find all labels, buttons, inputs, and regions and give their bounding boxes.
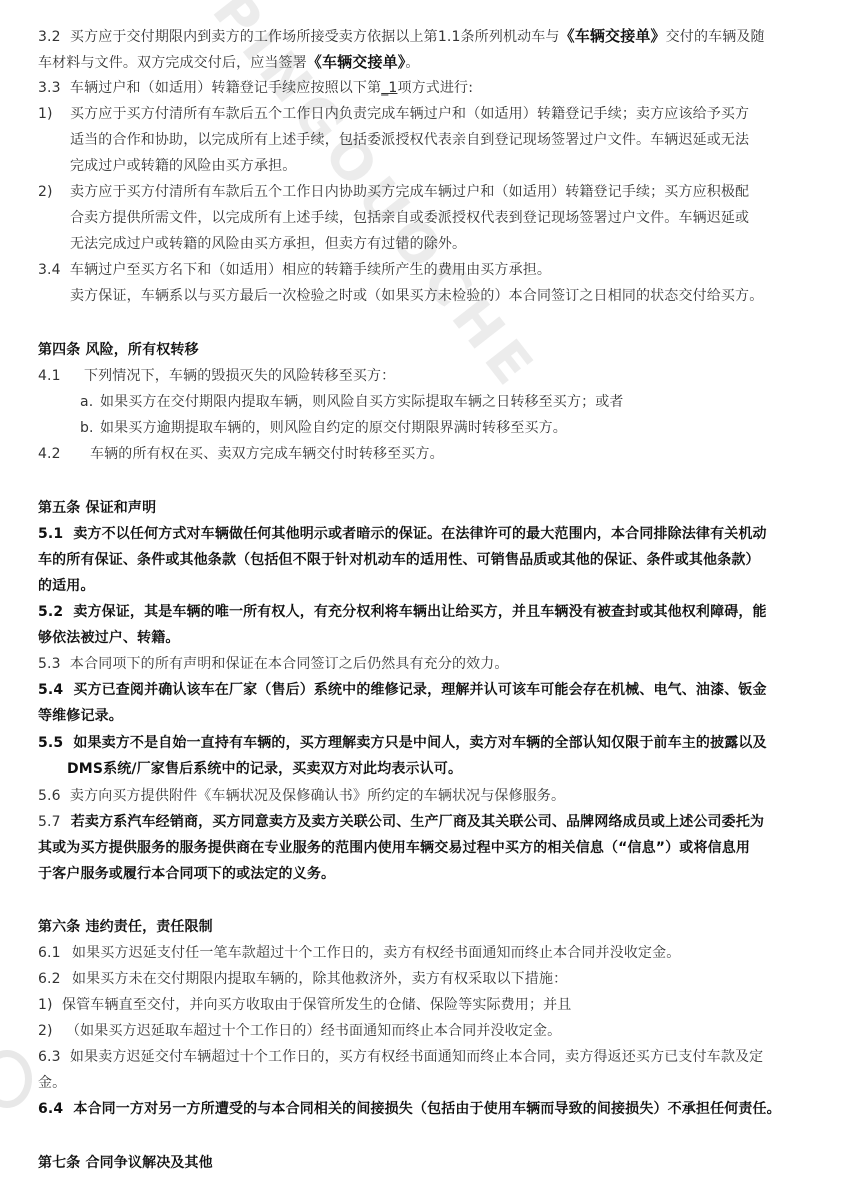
doc-reference: 《车辆交接单》 xyxy=(560,27,666,45)
clause-6-4: 6.4 本合同一方对另一方所遭受的与本合同相关的间接损失（包括由于使用车辆而导致… xyxy=(38,1099,781,1119)
item-letter: a. xyxy=(80,392,100,412)
clause-number: 6.3 xyxy=(38,1049,61,1065)
clause-6-3-line-1: 6.3 如果卖方迟延交付车辆超过十个工作日的，买方有权经书面通知而终止本合同，卖… xyxy=(38,1047,763,1067)
clause-5-7-line-3: 于客户服务或履行本合同项下的或法定的义务。 xyxy=(38,864,335,884)
clause-6-2: 6.2如果买方未在交付期限内提取车辆的，除其他救济外，卖方有权采取以下措施： xyxy=(38,969,567,989)
clause-number: 3.4 xyxy=(38,262,61,278)
clause-5-7-line-1: 5.7 若卖方系汽车经销商，买方同意卖方及卖方关联公司、生产厂商及其关联公司、品… xyxy=(38,812,764,832)
clause-4-1: 4.1下列情况下，车辆的毁损灭失的风险转移至买方： xyxy=(38,366,395,386)
clause-number: 5.1 xyxy=(38,526,63,542)
clause-number: 3.3 xyxy=(38,80,61,96)
clause-6-1: 6.1如果买方迟延支付任一笔车款超过十个工作日的，卖方有权经书面通知而终止本合同… xyxy=(38,943,680,963)
clause-number: 6.2 xyxy=(38,969,72,989)
item-number: 1) xyxy=(38,995,62,1015)
clause-5-1-line-1: 5.1 卖方不以任何方式对车辆做任何其他明示或者暗示的保证。在法律许可的最大范围… xyxy=(38,524,767,544)
clause-6-2-measure-1: 1)保管车辆直至交付，并向买方收取由于保管所发生的仓储、保险等实际费用；并且 xyxy=(38,995,571,1015)
clause-5-2-line-1: 5.2 卖方保证，其是车辆的唯一所有权人，有充分权利将车辆出让给买方，并且车辆没… xyxy=(38,602,767,622)
section-4-title: 第四条 风险，所有权转移 xyxy=(38,340,199,360)
item-number: 2) xyxy=(38,1021,66,1041)
clause-5-4-line-1: 5.4 买方已查阅并确认该车在厂家（售后）系统中的维修记录，理解并认可该车可能会… xyxy=(38,680,767,700)
clause-3-2-line-1: 3.2 买方应于交付期限内到卖方的工作场所接受卖方依据以上第1.1条所列机动车与… xyxy=(38,26,765,47)
clause-3-3-option-1-line-1: 1)买方应于买方付清所有车款后五个工作日内负责完成车辆过户和（如适用）转籍登记手… xyxy=(38,104,749,124)
clause-4-1-a: a.如果买方在交付期限内提取车辆，则风险自买方实际提取车辆之日转移至买方；或者 xyxy=(80,392,624,412)
clause-number: 5.7 xyxy=(38,814,61,830)
clause-5-5-line-1: 5.5 如果卖方不是自始一直持有车辆的，买方理解卖方只是中间人，卖方对车辆的全部… xyxy=(38,733,767,753)
clause-5-7-line-2: 其或为买方提供服务的服务提供商在专业服务的范围内使用车辆交易过程中买方的相关信息… xyxy=(38,838,750,858)
clause-3-3-option-1-line-2: 适当的合作和协助，以完成所有上述手续，包括委派授权代表亲自到登记现场签署过户文件… xyxy=(70,130,749,150)
clause-number: 5.5 xyxy=(38,735,63,751)
clause-3-3-option-2-line-3: 无法完成过户或转籍的风险由买方承担，但卖方有过错的除外。 xyxy=(70,234,466,254)
section-6-title: 第六条 违约责任，责任限制 xyxy=(38,917,213,937)
clause-number: 4.2 xyxy=(38,444,90,464)
item-letter: b. xyxy=(80,418,100,438)
clause-number: 3.2 xyxy=(38,29,61,45)
clause-number: 4.1 xyxy=(38,366,84,386)
clause-3-3-option-2-line-2: 合卖方提供所需文件，以完成所有上述手续，包括亲自或委派授权代表到登记现场签署过户… xyxy=(70,208,749,228)
clause-3-3-option-2-line-1: 2)卖方应于买方付清所有车款后五个工作日内协助买方完成车辆过户和（如适用）转籍登… xyxy=(38,182,749,202)
doc-reference: 《车辆交接单》 xyxy=(307,53,406,71)
item-number: 1) xyxy=(38,104,70,124)
clause-3-3-option-1-line-3: 完成过户或转籍的风险由买方承担。 xyxy=(70,156,296,176)
clause-3-3: 3.3 车辆过户和（如适用）转籍登记手续应按照以下第_1项方式进行: xyxy=(38,78,473,98)
blank-field: _1 xyxy=(381,80,397,96)
contract-page: PINGOUOCHE 3.2 买方应于交付期限内到卖方的工作场所接受卖方依据以上… xyxy=(0,0,842,1196)
watermark-fragment xyxy=(0,1050,32,1108)
clause-number: 6.4 xyxy=(38,1101,63,1117)
section-7-title: 第七条 合同争议解决及其他 xyxy=(38,1153,213,1173)
clause-6-2-measure-2: 2)（如果买方迟延取车超过十个工作日的）经书面通知而终止本合同并没收定金。 xyxy=(38,1021,561,1041)
clause-5-3: 5.3 本合同项下的所有声明和保证在本合同签订之后仍然具有充分的效力。 xyxy=(38,654,509,674)
clause-number: 6.1 xyxy=(38,943,72,963)
clause-5-2-line-2: 够依法被过户、转籍。 xyxy=(38,628,180,648)
clause-5-1-line-3: 的适用。 xyxy=(38,576,95,596)
item-number: 2) xyxy=(38,182,70,202)
clause-number: 5.3 xyxy=(38,656,61,672)
clause-5-5-line-2: DMS系统/厂家售后系统中的记录，买卖双方对此均表示认可。 xyxy=(67,759,462,779)
clause-5-1-line-2: 车的所有保证、条件或其他条款（包括但不限于针对机动车的适用性、可销售品质或其他的… xyxy=(38,550,760,570)
clause-number: 5.2 xyxy=(38,604,63,620)
clause-4-2: 4.2车辆的所有权在买、卖双方完成车辆交付时转移至买方。 xyxy=(38,444,444,464)
clause-number: 5.6 xyxy=(38,788,61,804)
clause-6-3-line-2: 金。 xyxy=(38,1073,66,1093)
clause-3-4: 3.4 车辆过户至买方名下和（如适用）相应的转籍手续所产生的费用由买方承担。 xyxy=(38,260,551,280)
clause-number: 5.4 xyxy=(38,682,63,698)
clause-3-2-line-2: 车材料与文件。双方完成交付后，应当签署《车辆交接单》。 xyxy=(38,52,420,73)
clause-3-4-guarantee: 卖方保证，车辆系以与买方最后一次检验之时或（如果买方未检验的）本合同签订之日相同… xyxy=(70,286,763,306)
clause-4-1-b: b.如果买方逾期提取车辆的，则风险自约定的原交付期限界满时转移至买方。 xyxy=(80,418,567,438)
clause-5-6: 5.6 卖方向买方提供附件《车辆状况及保修确认书》所约定的车辆状况与保修服务。 xyxy=(38,786,565,806)
section-5-title: 第五条 保证和声明 xyxy=(38,498,156,518)
clause-5-4-line-2: 等维修记录。 xyxy=(38,706,123,726)
